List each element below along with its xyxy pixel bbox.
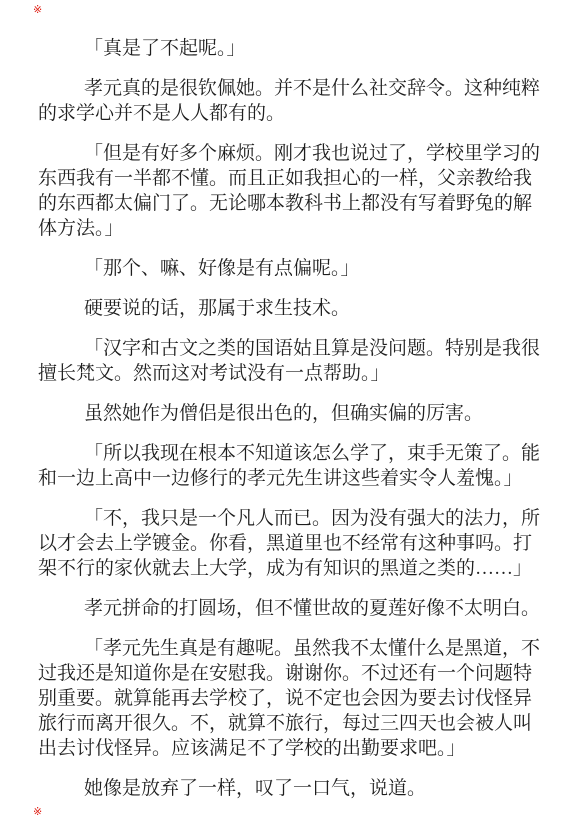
paragraph: 「汉字和古文之类的国语姑且算是没问题。特别是我很擅长梵文。然而这对考试没有一点帮… <box>38 336 549 386</box>
paragraph: 「真是了不起呢。」 <box>38 36 549 61</box>
paragraph: 「但是有好多个麻烦。刚才我也说过了，学校里学习的东西我有一半都不懂。而且正如我担… <box>38 141 549 241</box>
paragraph: 孝元真的是很钦佩她。并不是什么社交辞令。这种纯粹的求学心并不是人人都有的。 <box>38 76 549 126</box>
paragraph: 硬要说的话，那属于求生技术。 <box>38 296 549 321</box>
paragraph: 「孝元先生真是有趣呢。虽然我不太懂什么是黑道，不过我还是知道你是在安慰我。谢谢你… <box>38 636 549 761</box>
paragraph: 孝元拼命的打圆场，但不懂世故的夏莲好像不太明白。 <box>38 596 549 621</box>
paragraph: 「不，我只是一个凡人而已。因为没有强大的法力，所以才会去上学镀金。你看，黑道里也… <box>38 506 549 581</box>
red-page-marker-bottom-icon: ※ <box>33 806 47 820</box>
page-text: 「真是了不起呢。」 孝元真的是很钦佩她。并不是什么社交辞令。这种纯粹的求学心并不… <box>38 36 549 816</box>
red-page-marker-top-icon: ※ <box>33 4 47 18</box>
paragraph: 她像是放弃了一样，叹了一口气，说道。 <box>38 776 549 801</box>
paragraph: 「所以我现在根本不知道该怎么学了，束手无策了。能和一边上高中一边修行的孝元先生讲… <box>38 441 549 491</box>
paragraph: 「那个、嘛、好像是有点偏呢。」 <box>38 256 549 281</box>
paragraph: 虽然她作为僧侣是很出色的，但确实偏的厉害。 <box>38 401 549 426</box>
ebook-page: ※ 「真是了不起呢。」 孝元真的是很钦佩她。并不是什么社交辞令。这种纯粹的求学心… <box>0 0 583 828</box>
